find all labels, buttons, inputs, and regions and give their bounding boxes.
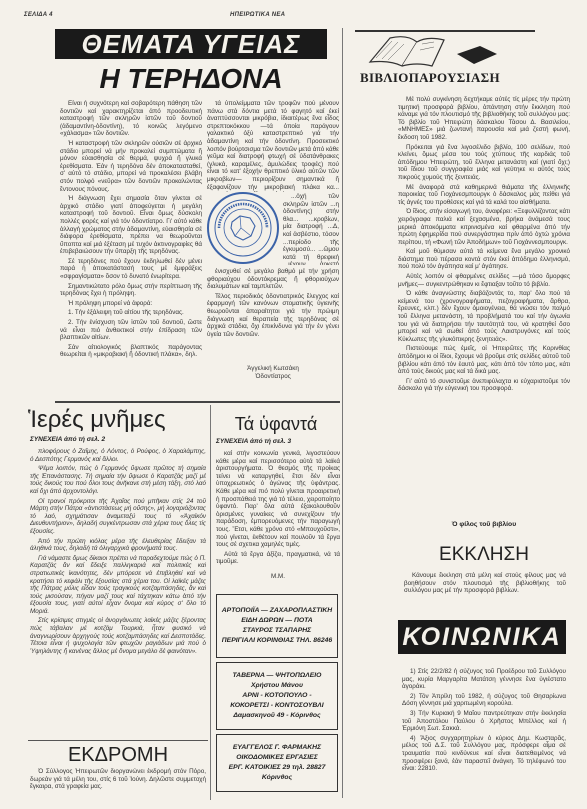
list-item: 2) Τόν Ἀπρίλη τοῦ 1982, ἡ σύζυγος τοῦ Θη…	[402, 693, 566, 708]
ad-line: ΕΙΔΗ ΔΩΡΩΝ — ΠΟΤΑ	[217, 616, 337, 626]
map-emblem-icon	[213, 198, 273, 258]
advertisement-builder: ΕΥΑΓΓΕΛΟΣ Γ. ΦΑΡΜΑΚΗΣ ΟΙΚΟΔΟΜΙΚΕΣ ΕΡΓΑΣΙ…	[216, 734, 338, 792]
paragraph: Ὁ κάθε ἀναγνώστης διαβάζοντάς το, παρ' ὅ…	[398, 290, 570, 343]
ad-line: ΟΙΚΟΔΟΜΙΚΕΣ ΕΡΓΑΣΙΕΣ	[217, 753, 337, 763]
paragraph: Μέ ἀναφορά στά καθημερινά θιάματα τῆς ἑλ…	[398, 184, 570, 207]
article-body-col1: Είναι ή συχνότερη καί σοβαρότερη πάθηση …	[60, 100, 202, 400]
paragraph: Στίς κρίσιμες στιγμές οἱ ἀνοργάνωτες λαϊ…	[30, 617, 206, 655]
paragraph: Είναι ή συχνότερη καί σοβαρότερη πάθηση …	[60, 100, 202, 138]
article-body-sacred-memories: πλοφόρους ὁ Ζαΐμης, ὁ Λόντος, ὁ Ρούφος, …	[30, 448, 206, 721]
continuation-note: ΣΥΝΕΧΕΙΑ ἀπό τή σελ. 3	[216, 438, 291, 445]
ad-line: Χρήστου Μάνου	[217, 681, 337, 691]
list-item: 4) Ἄξιος συγχαρητηρίων ὁ κύριος Δημ. Κωσ…	[402, 735, 566, 773]
paragraph: Ἀπό τήν πρώτη κιόλας μέρα τῆς ἐλευθερίας…	[30, 538, 206, 553]
page-number: ΣΕΛΙΔΑ 4	[24, 12, 53, 18]
social-news-list: 1) Στίς 22/2/82 ἡ σύζυγος τοῦ Προέδρου τ…	[402, 668, 566, 808]
article-title-excursion: ΕΚΔΡΟΜΗ	[28, 744, 208, 766]
paragraph: Πρόκειται γιά ἕνα λιγοσέλιδο βιβλίο, 100…	[398, 144, 570, 182]
list-item: 1) Στίς 22/2/82 ἡ σύζυγος τοῦ Προέδρου τ…	[402, 668, 566, 691]
article-signature: Μ.Μ.	[216, 573, 340, 581]
article-body-weavings: καί στήν κοινωνία γενικά, λιγοστεύουν κά…	[216, 450, 340, 568]
paragraph: Οἱ τρανοί πρόκριτοι τῆς Ἀχαΐας πού μπῆκα…	[30, 498, 206, 536]
paragraph: Αὐτά τά ἔργα ἀξίζει, πραγματικά, νά τά τ…	[216, 551, 340, 566]
section-divider	[28, 740, 208, 741]
paragraph: Πιστεύουμε πώς ἐμεῖς, οἱ Ἠπειρῶτες τῆς Κ…	[398, 345, 570, 375]
paragraph: Κάνουμε ἔκκληση στά μέλη καί στούς φίλου…	[404, 572, 566, 595]
paragraph: Σέ τερηδόνες πού ἔχουν ἐκδηλωθεί δέν μέν…	[60, 258, 202, 281]
paragraph: ἐνισχυθεί σέ μεγάλο βαθμό μέ τήν χρήση φ…	[207, 268, 339, 291]
section-divider	[55, 401, 340, 403]
paragraph: Ἡ διάγνωση ἔχει σημασία ὅταν γίνεται σέ …	[60, 195, 202, 256]
article-title-sacred-memories: Ἱερές μνῆμες	[28, 407, 208, 433]
paragraph: ...ὀχή τῶν σκληρῶν ἱστῶν ...η ὀδοντίνης)…	[283, 193, 339, 265]
article-body-excursion: Ὁ Σύλλογος Ἠπειρωτῶν διοργανώνει ἐκδρομή…	[30, 768, 206, 793]
article-title-weavings: Τά ὑφαντά	[212, 414, 340, 434]
advertisement-tavern: ΤΑΒΕΡΝΑ — ΨΗΤΟΠΩΛΕΙΟ Χρήστου Μάνου ΑΡΝΙ …	[216, 662, 338, 730]
paragraph: καί στήν κοινωνία γενικά, λιγοστεύουν κά…	[216, 450, 340, 549]
book-review-signature: Ὁ φίλος τοῦ βιβλίου	[398, 521, 570, 528]
paragraph: Σάν αἰτιολογικός βλαπτικός παράγοντας θε…	[60, 344, 202, 359]
ad-line: ΑΡΤΟΠΟΙΪΑ — ΖΑΧΑΡΟΠΛΑΣΤΙΚΗ	[217, 606, 337, 616]
section-title-book-review: ΒΙΒΛΙΟΠΑΡΟΥΣΙΑΣΗ	[360, 70, 500, 86]
ad-line: ΕΡΓ. ΚΑΤΟΙΚΙΕΣ 29 τηλ. 28827	[217, 763, 337, 773]
paragraph: Τέλος περιοδικός ὀδοντιατρικός ἔλεγχος κ…	[207, 293, 339, 339]
paragraph: Σημαντικώτατο ρόλο ὅμως στήν περίπτωση τ…	[60, 283, 202, 298]
column-divider	[210, 405, 211, 800]
paragraph: Ὁ Σύλλογος Ἠπειρωτῶν διοργανώνει ἐκδρομή…	[30, 768, 206, 791]
article-body-col2-top: τά ὑπολείμματα τῶν τροφῶν πού μένουν πάν…	[207, 100, 339, 192]
article-body-appeal: Κάνουμε ἔκκληση στά μέλη καί στούς φίλου…	[404, 572, 566, 597]
article-body-book-review: Μέ πολύ συγκίνηση δεχτήκαμε αὐτές τίς μέ…	[398, 96, 570, 496]
column-divider	[342, 28, 343, 798]
ad-line: ΤΑΒΕΡΝΑ — ΨΗΤΟΠΩΛΕΙΟ	[217, 671, 337, 681]
paragraph: τά ὑπολείμματα τῶν τροφῶν πού μένουν πάν…	[207, 100, 339, 192]
article-body-col2-bottom: ἐνισχυθεί σέ μεγάλο βαθμό μέ τήν χρήση φ…	[207, 268, 339, 363]
article-body-col2-wrap: ...ὀχή τῶν σκληρῶν ἱστῶν ...η ὀδοντίνης)…	[283, 193, 339, 265]
ad-line: ΑΡΝΙ - ΚΟΤΟΠΟΥΛΟ -	[217, 691, 337, 701]
advertisement-bakery: ΑΡΤΟΠΟΙΪΑ — ΖΑΧΑΡΟΠΛΑΣΤΙΚΗ ΕΙΔΗ ΔΩΡΩΝ — …	[216, 594, 338, 658]
newspaper-name: ΗΠΕΙΡΩΤΙΚΑ ΝΕΑ	[230, 12, 285, 18]
open-book-icon	[362, 32, 512, 68]
paragraph: 1. Τήν ἐξάλειψη τοῦ αἰτίου τῆς τερηδόνας…	[60, 309, 202, 317]
paragraph: Ψέμα λοιπόν, πώς ὁ Γερμανός ὕψωσε πρῶτος…	[30, 465, 206, 495]
author-name: Ἀγγελική Κωτσάκη	[207, 365, 339, 373]
paragraph: Καί μοῦ θύμισαν αὐτά τά κείμενα ἕνα μεγά…	[398, 248, 570, 271]
ad-line: ΕΥΑΓΓΕΛΟΣ Γ. ΦΑΡΜΑΚΗΣ	[217, 743, 337, 753]
list-item: 3) Τήν Κυριακή 9 Μαΐου παντρεύτηκαν στήν…	[402, 710, 566, 733]
paragraph: Αὐτές λοιπόν οἱ φθαρμένες σελίδες —μά τό…	[398, 273, 570, 288]
section-banner-social: ΚΟΙΝΩΝΙΚΑ	[398, 620, 566, 654]
ad-line: ΚΟΚΟΡΕΤΣΙ - ΚΟΝΤΟΣΟΥΒΛΙ	[217, 701, 337, 711]
article-headline-tooth-decay: Η ΤΕΡΗΔΟΝΑ	[55, 64, 327, 94]
paragraph: Ἡ καταστροφή τῶν σκληρῶν οὐσιῶν σέ ἀρχικ…	[60, 140, 202, 193]
section-banner-health: ΘΕΜΑΤΑ ΥΓΕΙΑΣ	[55, 29, 327, 59]
paragraph: Γι' αὐτό τό συνιστοῦμε ἀνεπιφύλαχτα κι ε…	[398, 378, 570, 393]
paragraph: Γιά νάμαστε ὅμως δίκαιοι πρέπει νά παραδ…	[30, 555, 206, 616]
ad-line: ΣΤΑΥΡΟΣ ΤΣΑΠΑΡΗΣ	[217, 626, 337, 636]
paragraph: Ἡ πρόληψη μπορεί νά ἀφορά:	[60, 300, 202, 308]
paragraph: 2. Τήν ἐνίσχυση τῶν ἱστῶν τοῦ δοντιοῦ, ὥ…	[60, 319, 202, 342]
ad-line: ΠΕΡΙΓΙΑΛΙ ΚΟΡΙΝΘΙΑΣ ΤΗΛ. 86246	[217, 636, 337, 646]
continuation-note: ΣΥΝΕΧΕΙΑ ἀπό τή σελ. 2	[30, 436, 105, 443]
section-title-appeal: ΕΚΚΛΗΣΗ	[398, 544, 570, 566]
author-role: Ὀδοντίατρος	[207, 373, 339, 381]
paragraph: πλοφόρους ὁ Ζαΐμης, ὁ Λόντος, ὁ Ρούφος, …	[30, 448, 206, 463]
paragraph: Μέ πολύ συγκίνηση δεχτήκαμε αὐτές τίς μέ…	[398, 96, 570, 142]
ad-line: Δαμασκηνοῦ 49 - Κόρινθος	[217, 711, 337, 721]
paragraph: Ὁ ἴδιος, στήν εἰσαγωγή του, ἀναφέρει: «Ξ…	[398, 208, 570, 246]
ad-line: Κόρινθος	[217, 773, 337, 783]
association-logo	[207, 192, 279, 264]
